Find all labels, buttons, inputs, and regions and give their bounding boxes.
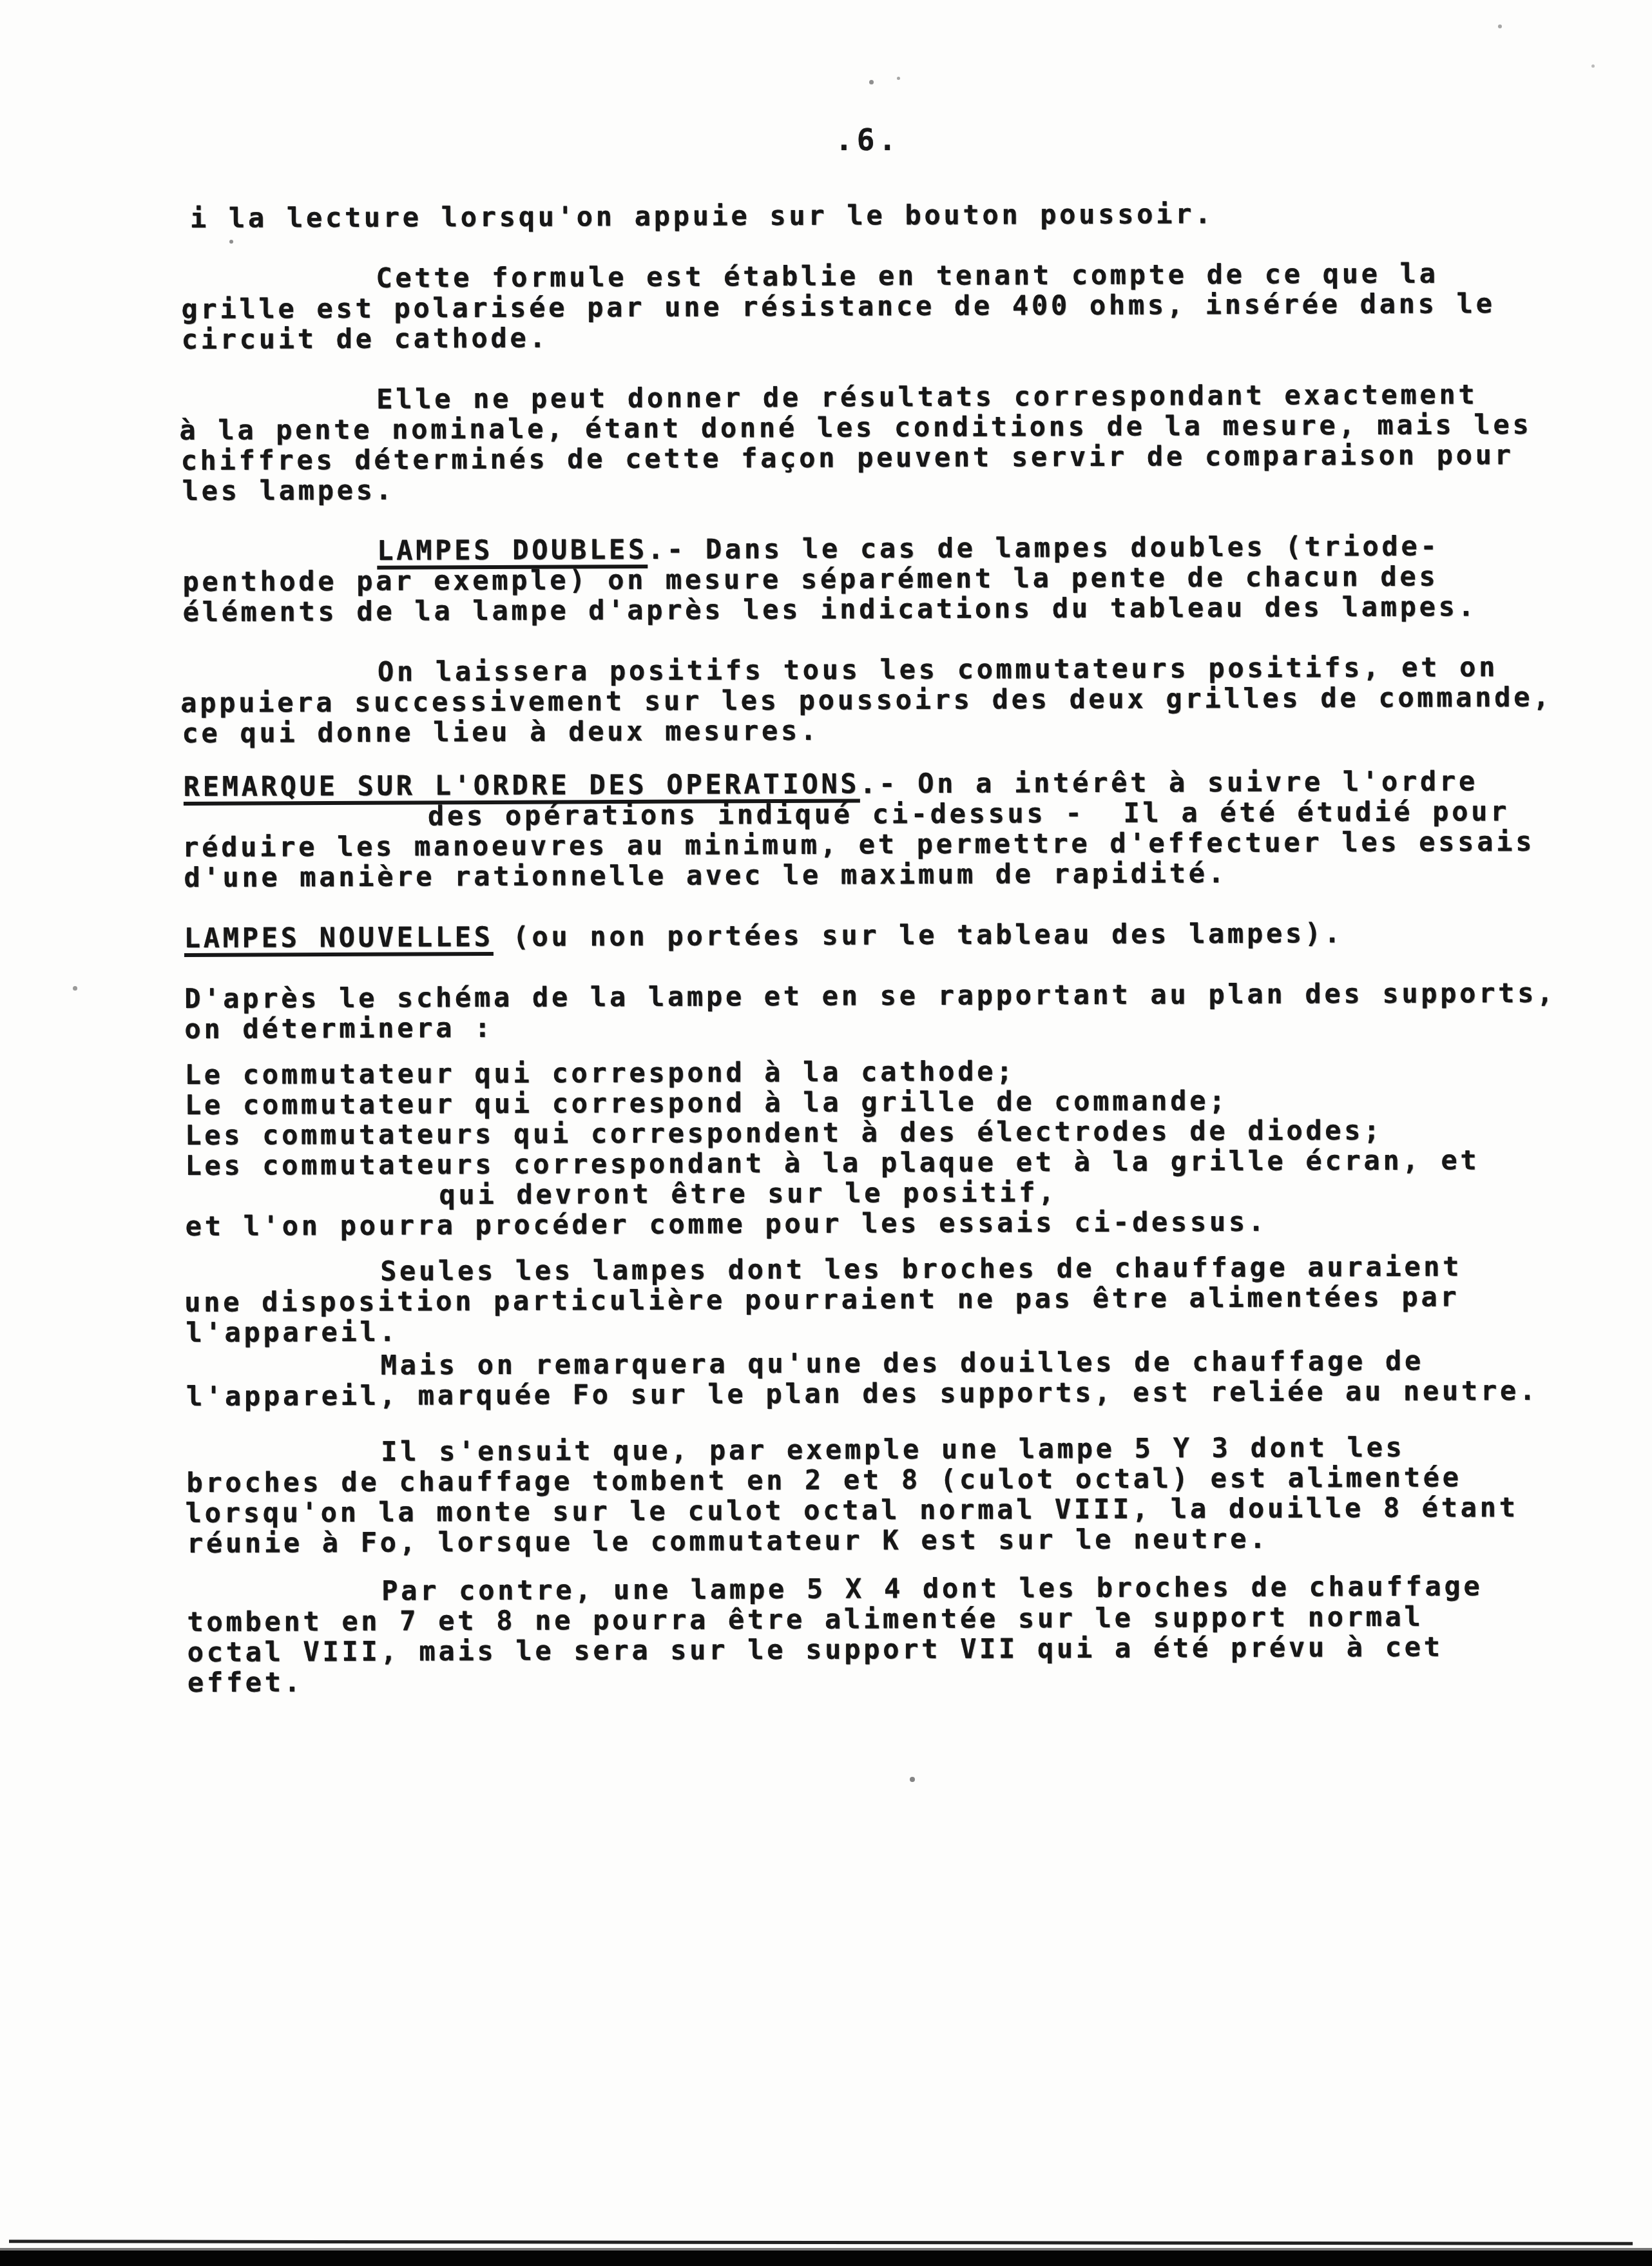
text-segment: éléments de la lampe d'après les indicat… — [183, 593, 1477, 626]
text-line: On laissera positifs tous les commutateu… — [378, 654, 1498, 686]
text-line: circuit de cathode. — [182, 325, 549, 353]
text-segment: Elle ne peut donner de résultats corresp… — [376, 381, 1477, 412]
scan-edge-band — [0, 2251, 1652, 2266]
text-segment: Mais on remarquera qu'une des douilles d… — [381, 1348, 1424, 1379]
text-line: Seules les lampes dont les broches de ch… — [380, 1253, 1462, 1284]
text-layer: i la lecture lorsqu'on appuie sur le bou… — [0, 0, 1652, 2266]
text-line: Le commutateur qui correspond à la catho… — [185, 1058, 1016, 1089]
text-segment: Il s'ensuit que, par exemple une lampe 5… — [381, 1434, 1405, 1466]
text-segment: qui devront être sur le positif, — [439, 1179, 1057, 1208]
text-line: broches de chauffage tombent en 2 et 8 (… — [186, 1464, 1461, 1496]
text-segment: .- On a intérêt à suivre l'ordre — [860, 768, 1478, 797]
text-line: et l'on pourra procéder comme pour les e… — [186, 1208, 1267, 1240]
text-line: appuiera successivement sur les poussoir… — [180, 684, 1552, 717]
text-line: ce qui donne lieu à deux mesures. — [182, 717, 820, 747]
text-segment: (ou non portées sur le tableau des lampe… — [493, 920, 1343, 951]
text-segment: Par contre, une lampe 5 X 4 dont les bro… — [381, 1573, 1483, 1604]
text-line: tombent en 7 et 8 ne pourra être aliment… — [187, 1603, 1423, 1636]
text-line: Mais on remarquera qu'une des douilles d… — [381, 1348, 1424, 1379]
text-segment: chiffres déterminés de cette façon peuve… — [180, 441, 1513, 474]
text-segment: une disposition particulière pourraient … — [184, 1283, 1459, 1316]
text-segment: et l'on pourra procéder comme pour les e… — [186, 1208, 1267, 1240]
text-line: réunie à Fo, lorsque le commutateur K es… — [187, 1525, 1269, 1557]
text-segment: Le commutateur qui correspond à la catho… — [185, 1058, 1016, 1089]
text-segment: grille est polarisée par une résistance … — [181, 290, 1495, 323]
text-segment: l'appareil, marquée Fo sur le plan des s… — [186, 1377, 1539, 1410]
scan-speck — [897, 77, 900, 80]
text-line: on déterminera : — [184, 1014, 494, 1043]
text-segment: D'après le schéma de la lampe et en se r… — [184, 980, 1556, 1012]
text-segment: circuit de cathode. — [182, 325, 549, 353]
text-line: réduire les manoeuvres au minimum, et pe… — [182, 828, 1535, 861]
text-segment: l'appareil. — [186, 1319, 398, 1346]
text-segment: Le commutateur qui correspond à la grill… — [185, 1087, 1228, 1119]
text-segment: on déterminera : — [184, 1014, 494, 1043]
text-segment: Cette formule est établie en tenant comp… — [376, 260, 1438, 292]
text-line: les lampes. — [182, 477, 395, 505]
text-line: effet. — [187, 1669, 303, 1696]
text-segment: Seules les lampes dont les broches de ch… — [380, 1253, 1462, 1284]
text-segment: effet. — [187, 1669, 303, 1696]
text-segment: appuiera successivement sur les poussoir… — [180, 684, 1552, 717]
text-line: Le commutateur qui correspond à la grill… — [185, 1087, 1228, 1119]
text-line: éléments de la lampe d'après les indicat… — [183, 593, 1477, 626]
text-line: Elle ne peut donner de résultats corresp… — [376, 381, 1477, 412]
text-line: une disposition particulière pourraient … — [184, 1283, 1459, 1316]
text-line: l'appareil, marquée Fo sur le plan des s… — [186, 1377, 1539, 1410]
document-page: .6. i la lecture lorsqu'on appuie sur le… — [0, 0, 1652, 2266]
text-segment: réunie à Fo, lorsque le commutateur K es… — [187, 1525, 1269, 1557]
text-segment: les lampes. — [182, 477, 395, 505]
text-line: chiffres déterminés de cette façon peuve… — [180, 441, 1513, 474]
text-line: Les commutateurs correspondant à la plaq… — [185, 1147, 1479, 1179]
text-line: Cette formule est établie en tenant comp… — [376, 260, 1438, 292]
text-segment: lorsqu'on la monte sur le culot octal no… — [186, 1494, 1519, 1527]
scan-speck — [869, 80, 874, 84]
text-line: d'une manière rationnelle avec le maximu… — [184, 860, 1227, 891]
text-line: D'après le schéma de la lampe et en se r… — [184, 980, 1556, 1012]
text-line: Les commutateurs qui correspondent à des… — [185, 1117, 1383, 1149]
text-segment: des opérations indiqué ci-dessus - Il a … — [428, 798, 1510, 829]
scan-speck — [229, 240, 233, 244]
text-line: qui devront être sur le positif, — [439, 1179, 1057, 1208]
text-segment: On laissera positifs tous les commutateu… — [378, 654, 1498, 686]
text-segment: broches de chauffage tombent en 2 et 8 (… — [186, 1464, 1461, 1496]
scan-speck — [910, 1777, 915, 1782]
underlined-heading-segment: LAMPES NOUVELLES — [184, 924, 494, 957]
text-line: penthode par exemple) on mesure séparéme… — [182, 563, 1438, 596]
text-line: lorsqu'on la monte sur le culot octal no… — [186, 1494, 1519, 1527]
text-line: LAMPES NOUVELLES (ou non portées sur le … — [184, 920, 1343, 957]
text-line: i la lecture lorsqu'on appuie sur le bou… — [190, 200, 1214, 232]
text-segment: octal VIII, mais le sera sur le support … — [187, 1634, 1443, 1667]
text-line: Par contre, une lampe 5 X 4 dont les bro… — [381, 1573, 1483, 1604]
text-segment: ce qui donne lieu à deux mesures. — [182, 717, 820, 747]
text-segment: .- Dans le cas de lampes doubles (triode… — [648, 533, 1440, 563]
text-line: des opérations indiqué ci-dessus - Il a … — [428, 798, 1510, 829]
text-segment: réduire les manoeuvres au minimum, et pe… — [182, 828, 1535, 861]
scan-speck — [1591, 64, 1595, 68]
scan-speck — [73, 986, 77, 991]
text-segment: penthode par exemple) on mesure séparéme… — [182, 563, 1438, 596]
text-segment: tombent en 7 et 8 ne pourra être aliment… — [187, 1603, 1423, 1636]
text-line: l'appareil. — [186, 1319, 398, 1346]
text-line: grille est polarisée par une résistance … — [181, 290, 1495, 323]
text-line: octal VIII, mais le sera sur le support … — [187, 1634, 1443, 1667]
text-segment: Les commutateurs qui correspondent à des… — [185, 1117, 1383, 1149]
scan-speck — [1498, 24, 1502, 28]
text-segment: Les commutateurs correspondant à la plaq… — [185, 1147, 1479, 1179]
text-line: Il s'ensuit que, par exemple une lampe 5… — [381, 1434, 1405, 1466]
text-segment: i la lecture lorsqu'on appuie sur le bou… — [190, 200, 1214, 232]
text-segment: d'une manière rationnelle avec le maximu… — [184, 860, 1227, 891]
